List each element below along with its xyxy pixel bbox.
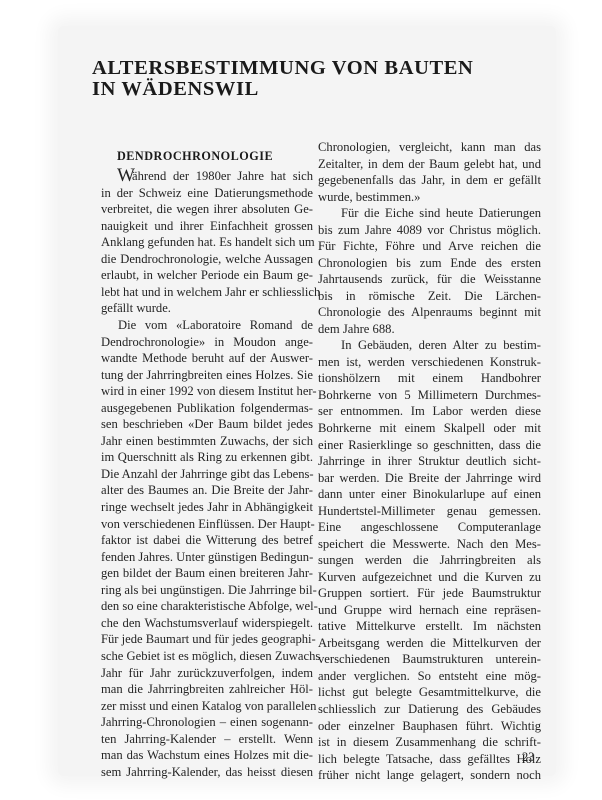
text-line: che den Wachstumsverlauf widerspiegelt. xyxy=(101,615,313,631)
text-line: Die vom «Laboratoire Romand de xyxy=(118,317,313,333)
text-line: Jahr einen bestimmten Zuwachs, der sich xyxy=(101,433,313,449)
text-line: Bohrkerne mit einem Skalpell oder mit xyxy=(318,420,541,436)
text-line: gen bildet der Baum einen breiteren Jahr… xyxy=(101,565,313,581)
text-line: in der Schweiz eine Datierungsmethode xyxy=(101,185,313,201)
text-line: Hundertstel-Millimeter genau gemessen. xyxy=(318,503,541,519)
text-line: gegebenenfalls das Jahr, in dem er gefäl… xyxy=(318,172,541,188)
section-heading: DENDROCHRONOLOGIE xyxy=(117,149,273,164)
text-line: sche Gebiet ist es möglich, diesen Zuwac… xyxy=(101,648,313,664)
text-line: sungen werden die Jahrringbreiten als xyxy=(318,552,541,568)
title-line-1: ALTERSBESTIMMUNG VON BAUTEN xyxy=(92,58,473,79)
text-line: erlaubt, in welcher Periode ein Baum ge- xyxy=(101,267,313,283)
text-line: gefällt wurde. xyxy=(101,300,313,316)
text-line: ährend der 1980er Jahre hat sich xyxy=(132,168,313,184)
text-line: Für die Eiche sind heute Datierungen xyxy=(341,205,541,221)
text-line: Jahrring-Chronologien – einen sogenann- xyxy=(101,714,313,730)
text-line: von verschiedenen Einflüssen. Der Haupt- xyxy=(101,516,313,532)
title-line-2: IN WÄDENSWIL xyxy=(92,79,473,100)
text-line: verbreitet, die wegen ihrer absoluten Ge… xyxy=(101,201,313,217)
text-line: Gruppen sortiert. Für jede Baumstruktur xyxy=(318,585,541,601)
text-line: Die Anzahl der Jahrringe gibt das Lebens… xyxy=(101,466,313,482)
text-line: Anklang gefunden hat. Es handelt sich um xyxy=(101,234,313,250)
text-line: alter des Baumes an. Die Breite der Jahr… xyxy=(101,482,313,498)
text-line: schliesslich zur Datierung des Gebäudes xyxy=(318,701,541,717)
text-line: faktor ist dabei die Witterung des betre… xyxy=(101,532,313,548)
text-line: man die Jahrringbreiten zahlreicher Höl- xyxy=(101,681,313,697)
text-line: ten Jahrring-Kalender – erstellt. Wenn xyxy=(101,731,313,747)
text-line: und Gruppe wird hernach eine repräsen- xyxy=(318,602,541,618)
text-line: Dendrochronologie» in Moudon ange- xyxy=(101,334,313,350)
text-line: sen beschrieben «Der Baum bildet jedes xyxy=(101,416,313,432)
text-line: Eine angeschlossene Computeranlage xyxy=(318,519,541,535)
text-line: ander verglichen. So entsteht eine mög- xyxy=(318,668,541,684)
text-line: wurde, bestimmen.» xyxy=(318,189,541,205)
text-line: dann unter einer Binokularlupe auf einen xyxy=(318,486,541,502)
text-line: bar werden. Die Breite der Jahrringe wir… xyxy=(318,470,541,486)
text-line: Arbeitsgang werden die Mittelkurven der xyxy=(318,635,541,651)
text-line: oder einzelner Bauphasen führt. Wichtig xyxy=(318,718,541,734)
text-line: men ist, werden verschiedenen Konstruk- xyxy=(318,354,541,370)
text-line: Für Fichte, Föhre und Arve reichen die xyxy=(318,238,541,254)
text-line: lich belegte Tatsache, dass gefälltes Ho… xyxy=(318,751,541,767)
text-line: In Gebäuden, deren Alter zu bestim- xyxy=(341,337,541,353)
text-line: den so eine charakteristische Abfolge, w… xyxy=(101,598,313,614)
text-line: ist in diesem Zusammenhang die schrift- xyxy=(318,734,541,750)
page-number: 23 xyxy=(522,750,535,765)
text-line: Jahr für Jahr zurückzuverfolgen, indem xyxy=(101,665,313,681)
text-line: sem Jahrring-Kalender, das heisst diesen xyxy=(101,764,313,780)
text-line: einer Rasierklinge so geschnitten, dass … xyxy=(318,437,541,453)
text-line: man das Wachstum eines Holzes mit die- xyxy=(101,747,313,763)
text-line: Jahrtausends zurück, für die Weisstanne xyxy=(318,271,541,287)
text-line: wird in einer 1992 von diesem Institut h… xyxy=(101,383,313,399)
text-line: Kurven aufgezeichnet und die Kurven zu xyxy=(318,569,541,585)
text-line: zer misst und einen Katalog von parallel… xyxy=(101,698,313,714)
text-line: Chronologie des Alpenraums beginnt mit xyxy=(318,304,541,320)
text-line: Jahrringe in ihrer Struktur deutlich sic… xyxy=(318,453,541,469)
text-line: bis zum Jahre 4089 vor Christus möglich. xyxy=(318,222,541,238)
text-line: ring als bei ungünstigen. Die Jahrringe … xyxy=(101,582,313,598)
text-line: wandte Methode beruht auf der Auswer- xyxy=(101,350,313,366)
text-line: nauigkeit und ihrer Einfachheit grossen xyxy=(101,218,313,234)
text-line: tative Mittelkurve erstellt. Im nächsten xyxy=(318,618,541,634)
text-line: ringe wechselt jedes Jahr in Abhängigkei… xyxy=(101,499,313,515)
text-line: lebt hat und in welchem Jahr er schliess… xyxy=(101,284,313,300)
text-line: im Querschnitt als Ring zu erkennen gibt… xyxy=(101,449,313,465)
text-line: die Dendrochronologie, welche Aussagen xyxy=(101,251,313,267)
text-line: dem Jahre 688. xyxy=(318,321,541,337)
text-line: Bohrkerne von 5 Millimetern Durchmes- xyxy=(318,387,541,403)
text-line: ser entnommen. Im Labor werden diese xyxy=(318,403,541,419)
text-line: Zeitalter, in dem der Baum gelebt hat, u… xyxy=(318,156,541,172)
text-line: tionshölzern mit einem Handbohrer xyxy=(318,370,541,386)
dropcap-letter: W xyxy=(117,169,135,183)
text-line: lichst gut belegte Gesamtmittelkurve, di… xyxy=(318,684,541,700)
article-title: ALTERSBESTIMMUNG VON BAUTEN IN WÄDENSWIL xyxy=(92,58,473,100)
text-line: früher nicht lange gelagert, sondern noc… xyxy=(318,767,541,783)
text-line: Chronologien, vergleicht, kann man das xyxy=(318,139,541,155)
text-line: verschiedenen Baumstrukturen unterein- xyxy=(318,651,541,667)
text-line: Für jede Baumart und für jedes geographi… xyxy=(101,631,313,647)
text-line: fenden Jahres. Unter günstigen Bedingun- xyxy=(101,549,313,565)
text-line: speichert die Messwerte. Nach den Mes- xyxy=(318,536,541,552)
text-line: Chronologien bis zum Ende des ersten xyxy=(318,255,541,271)
text-line: bis in römische Zeit. Die Lärchen- xyxy=(318,288,541,304)
text-line: tung der Jahrringbreiten eines Holzes. S… xyxy=(101,367,313,383)
text-line: ausgegebenen Publikation folgendermas- xyxy=(101,400,313,416)
